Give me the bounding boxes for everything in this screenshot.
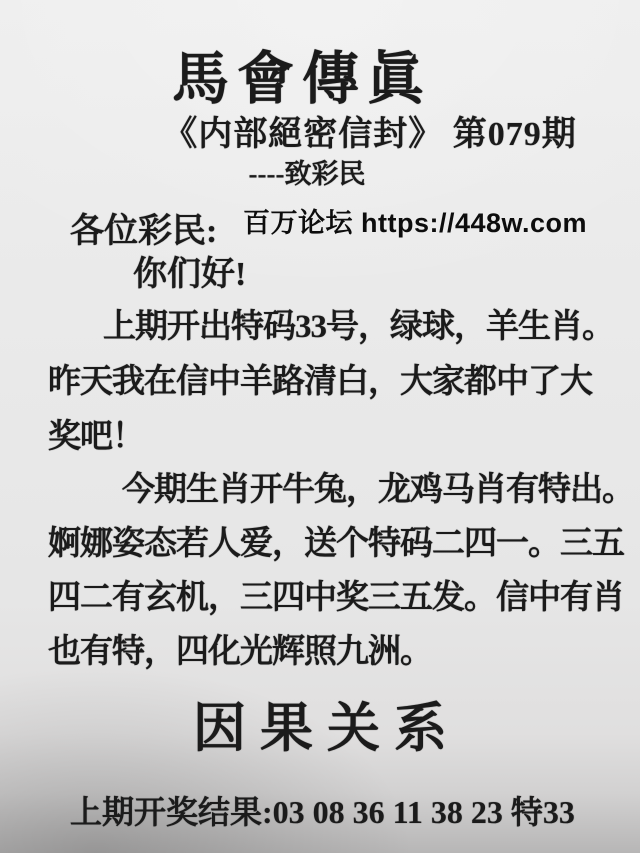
paragraph2-line-1: 今期生肖开牛兔，龙鸡马肖有特出。 (122, 463, 634, 510)
masthead-title: 馬會傳眞 (172, 33, 432, 115)
previous-draw-result: 上期开奖结果:03 08 36 11 38 23 特33 (70, 787, 575, 833)
watermark-site-url: 百万论坛 https://448w.com (243, 201, 587, 240)
paragraph1-line-2: 昨天我在信中羊路清白，大家都中了大 (48, 355, 592, 402)
slogan-title: 因果关系 (179, 686, 461, 762)
salutation: 各位彩民: (70, 203, 217, 252)
fax-document: 馬會傳眞 《内部絕密信封》 第079期 ----致彩民 各位彩民: 百万论坛 h… (0, 0, 640, 853)
paragraph2-line-3: 四二有玄机，三四中奖三五发。信中有肖 (48, 571, 624, 618)
paragraph2-line-4: 也有特，四化光辉照九洲。 (48, 625, 432, 672)
greeting: 你们好! (133, 246, 246, 295)
issue-subtitle: 《内部絕密信封》 第079期 (163, 106, 577, 155)
paragraph1-line-1: 上期开出特码33号，绿球，羊生肖。 (103, 300, 614, 347)
paragraph1-line-3: 奖吧！ (48, 410, 144, 457)
paragraph2-line-2: 婀娜姿态若人爱，送个特码二四一。三五 (48, 517, 624, 564)
dedication-line: ----致彩民 (249, 152, 366, 191)
